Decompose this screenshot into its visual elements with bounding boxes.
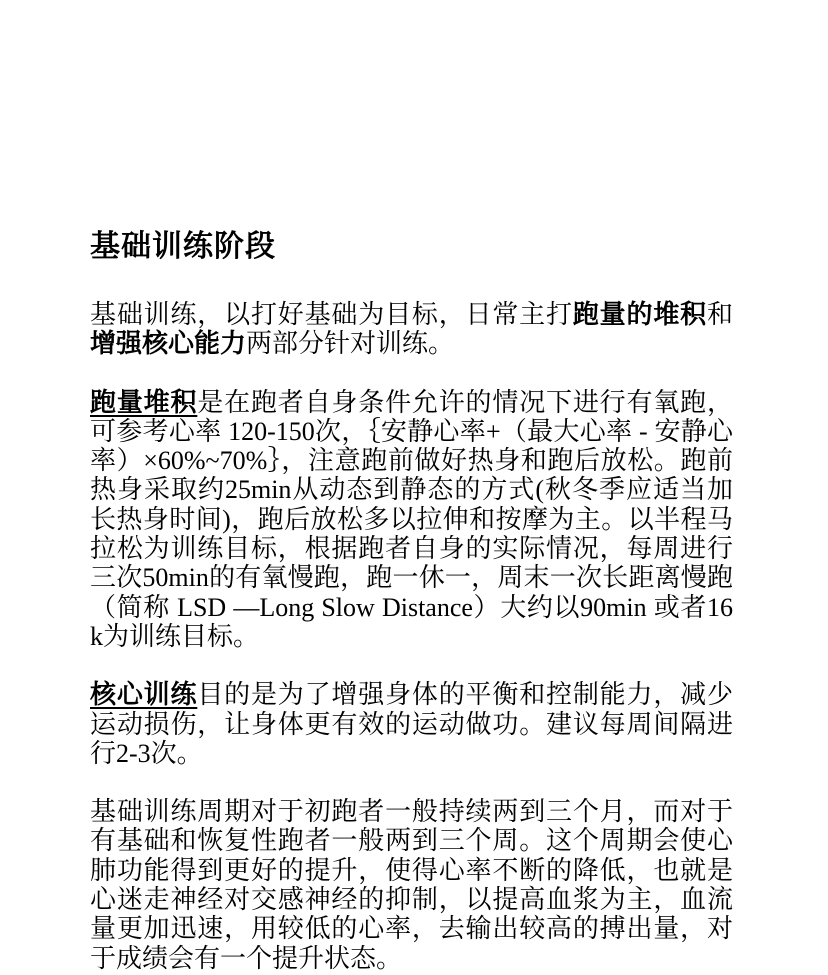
paragraph: 基础训练周期对于初跑者一般持续两到三个月，而对于有基础和恢复性跑者一般两到三个周… xyxy=(90,797,733,973)
text-run: 和 xyxy=(707,300,733,329)
emphasis-run: 跑量的堆积 xyxy=(573,300,707,329)
paragraph: 核心训练目的是为了增强身体的平衡和控制能力，减少运动损伤，让身体更有效的运动做功… xyxy=(90,680,733,768)
page-title: 基础训练阶段 xyxy=(90,230,733,264)
document-page: 基础训练阶段 基础训练，以打好基础为目标，日常主打跑量的堆积和增强核心能力两部分… xyxy=(0,0,828,975)
paragraph: 基础训练，以打好基础为目标，日常主打跑量的堆积和增强核心能力两部分针对训练。 xyxy=(90,300,733,359)
emphasis-run: 核心训练 xyxy=(90,680,197,709)
text-run: 是在跑者自身条件允许的情况下进行有氧跑，可参考心率 120-150次，｛安静心率… xyxy=(90,388,733,651)
text-run: 两部分针对训练。 xyxy=(246,329,454,358)
emphasis-run: 跑量堆积 xyxy=(90,388,197,417)
article-body: 基础训练，以打好基础为目标，日常主打跑量的堆积和增强核心能力两部分针对训练。跑量… xyxy=(90,300,733,973)
emphasis-run: 增强核心能力 xyxy=(90,329,246,358)
text-run: 基础训练周期对于初跑者一般持续两到三个月，而对于有基础和恢复性跑者一般两到三个周… xyxy=(90,797,733,972)
paragraph: 跑量堆积是在跑者自身条件允许的情况下进行有氧跑，可参考心率 120-150次，｛… xyxy=(90,388,733,652)
text-run: 基础训练，以打好基础为目标，日常主打 xyxy=(90,300,573,329)
